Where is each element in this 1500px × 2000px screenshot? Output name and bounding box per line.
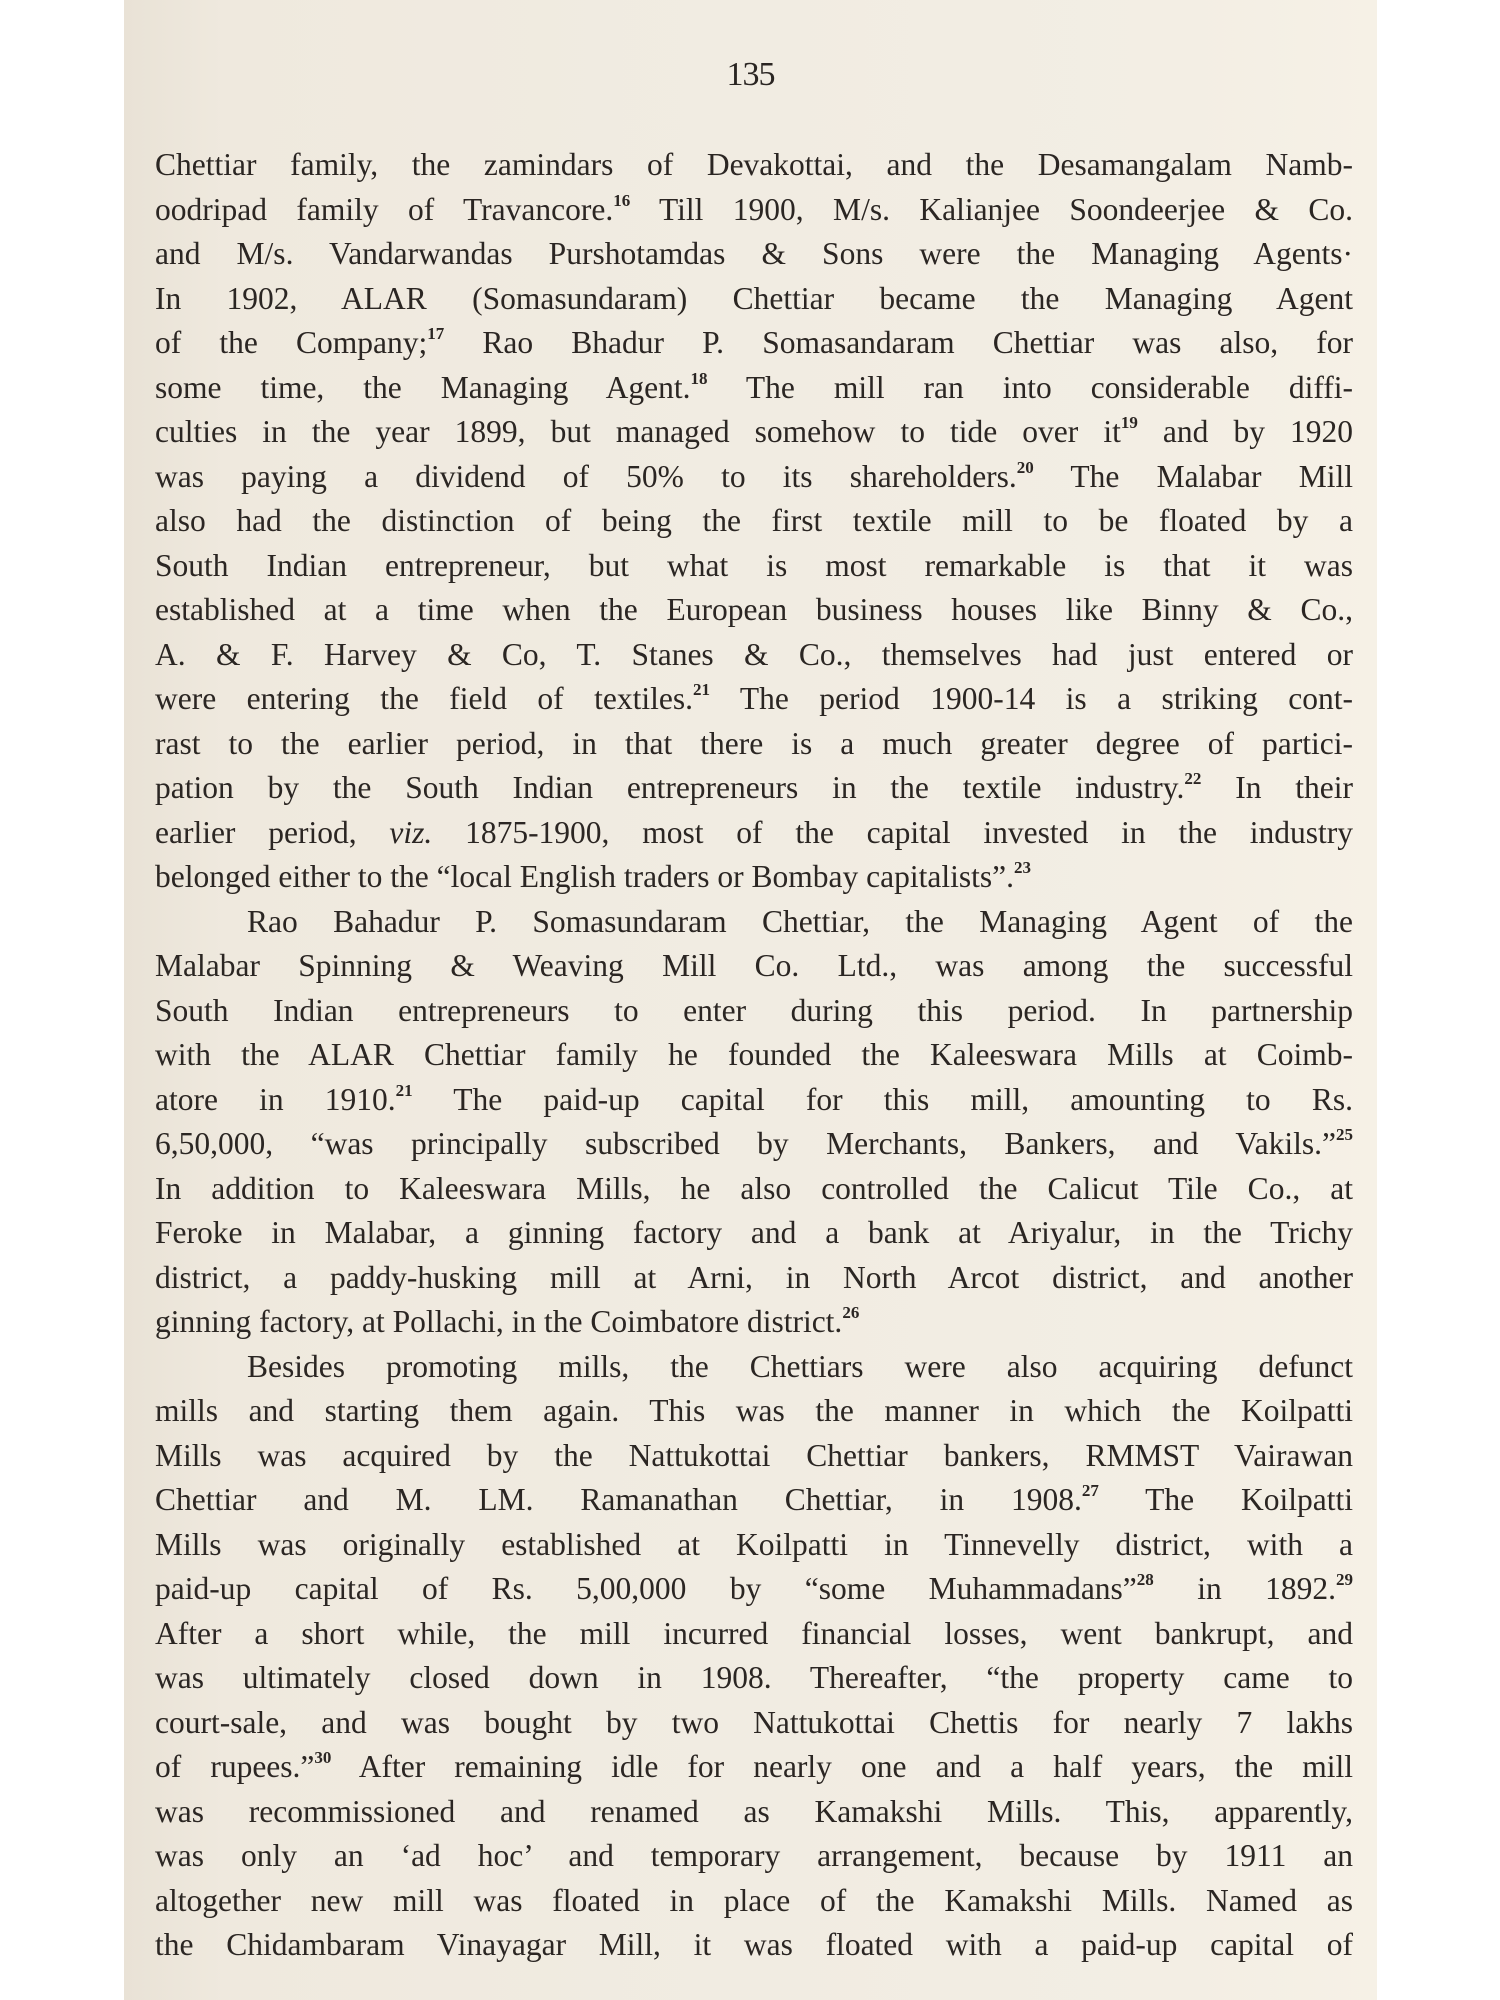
line-text: 1875-1900, most of the capital invested … [432,815,1353,850]
line-text: were entering the field of textiles. [155,681,693,716]
line-text: 6,50,000, “was principally subscribed by… [155,1126,1336,1161]
text-line: with the ALAR Chettiar family he founded… [155,1033,1353,1078]
text-line: of rupees.”30 After remaining idle for n… [155,1745,1353,1790]
line-text: Rao Bahadur P. Somasundaram Chettiar, th… [247,904,1353,939]
line-text: In addition to Kaleeswara Mills, he also… [155,1171,1353,1206]
text-line: and M/s. Vandarwandas Purshotamdas & Son… [155,232,1353,277]
text-line: Chettiar family, the zamindars of Devako… [155,143,1353,188]
line-text: pation by the South Indian entrepreneurs… [155,770,1184,805]
line-text: was recommissioned and renamed as Kamaks… [155,1794,1353,1829]
line-text: altogether new mill was floated in place… [155,1883,1353,1918]
line-text: The mill ran into considerable diffi- [708,370,1353,405]
line-text: Besides promoting mills, the Chettiars w… [247,1349,1353,1384]
text-line: In 1902, ALAR (Somasundaram) Chettiar be… [155,277,1353,322]
line-text: belonged either to the “local English tr… [155,859,1014,894]
line-text: court-sale, and was bought by two Nattuk… [155,1705,1353,1740]
line-text: of the Company; [155,325,427,360]
footnote-ref: 20 [1017,458,1034,477]
text-line: pation by the South Indian entrepreneurs… [155,766,1353,811]
text-line: In addition to Kaleeswara Mills, he also… [155,1167,1353,1212]
footnote-ref: 25 [1336,1125,1353,1144]
line-text: with the ALAR Chettiar family he founded… [155,1037,1353,1072]
footnote-ref: 28 [1137,1570,1154,1589]
line-text: Malabar Spinning & Weaving Mill Co. Ltd.… [155,948,1353,983]
line-text: and by 1920 [1138,414,1353,449]
text-line: South Indian entrepreneur, but what is m… [155,544,1353,589]
text-line: court-sale, and was bought by two Nattuk… [155,1701,1353,1746]
line-text: atore in 1910. [155,1082,396,1117]
text-line: Mills was acquired by the Nattukottai Ch… [155,1434,1353,1479]
text-line: district, a paddy-husking mill at Arni, … [155,1256,1353,1301]
text-line: rast to the earlier period, in that ther… [155,722,1353,767]
text-line: earlier period, viz. 1875-1900, most of … [155,811,1353,856]
footnote-ref: 30 [314,1748,331,1767]
book-page: 135 Chettiar family, the zamindars of De… [124,0,1377,2000]
footnote-ref: 27 [1082,1481,1099,1500]
text-line: also had the distinction of being the fi… [155,499,1353,544]
footnote-ref: 26 [842,1303,859,1322]
footnote-ref: 29 [1336,1570,1353,1589]
line-text: Chettiar family, the zamindars of Devako… [155,147,1353,182]
line-text: of rupees.” [155,1749,314,1784]
line-text: In their [1201,770,1353,805]
text-line: South Indian entrepreneurs to enter duri… [155,989,1353,1034]
line-text: was only an ‘ad hoc’ and temporary arran… [155,1838,1353,1873]
line-text: Mills was originally established at Koil… [155,1527,1353,1562]
text-line: the Chidambaram Vinayagar Mill, it was f… [155,1923,1353,1968]
text-line: oodripad family of Travancore.16 Till 19… [155,188,1353,233]
text-line: was paying a dividend of 50% to its shar… [155,455,1353,500]
text-line: was recommissioned and renamed as Kamaks… [155,1790,1353,1835]
line-text: In 1902, ALAR (Somasundaram) Chettiar be… [155,281,1353,316]
text-line: Mills was originally established at Koil… [155,1523,1353,1568]
text-line: Malabar Spinning & Weaving Mill Co. Ltd.… [155,944,1353,989]
text-line: of the Company;17 Rao Bhadur P. Somasand… [155,321,1353,366]
line-text: Feroke in Malabar, a ginning factory and… [155,1215,1353,1250]
line-text: rast to the earlier period, in that ther… [155,726,1353,761]
text-line: altogether new mill was floated in place… [155,1879,1353,1924]
line-text: oodripad family of Travancore. [155,192,613,227]
text-line: ginning factory, at Pollachi, in the Coi… [155,1300,1353,1345]
line-text: After remaining idle for nearly one and … [331,1749,1353,1784]
text-line: Feroke in Malabar, a ginning factory and… [155,1211,1353,1256]
line-text: culties in the year 1899, but managed so… [155,414,1121,449]
line-text: The period 1900-14 is a striking cont- [710,681,1353,716]
text-line: Chettiar and M. LM. Ramanathan Chettiar,… [155,1478,1353,1523]
footnote-ref: 18 [691,369,708,388]
line-text: and M/s. Vandarwandas Purshotamdas & Son… [155,236,1353,271]
italic-text: viz. [389,815,432,850]
text-line: belonged either to the “local English tr… [155,855,1353,900]
line-text: earlier period, [155,815,389,850]
text-line: paid-up capital of Rs. 5,00,000 by “some… [155,1567,1353,1612]
line-text: South Indian entrepreneurs to enter duri… [155,993,1353,1028]
line-text: also had the distinction of being the fi… [155,503,1353,538]
line-text: district, a paddy-husking mill at Arni, … [155,1260,1353,1295]
line-text: South Indian entrepreneur, but what is m… [155,548,1353,583]
footnote-ref: 17 [427,324,444,343]
footnote-ref: 21 [693,680,710,699]
line-text: some time, the Managing Agent. [155,370,691,405]
text-line: some time, the Managing Agent.18 The mil… [155,366,1353,411]
footnote-ref: 19 [1121,413,1138,432]
text-line: was ultimately closed down in 1908. Ther… [155,1656,1353,1701]
footnote-ref: 16 [613,191,630,210]
text-line: After a short while, the mill incurred f… [155,1612,1353,1657]
text-line: established at a time when the European … [155,588,1353,633]
line-text: paid-up capital of Rs. 5,00,000 by “some… [155,1571,1137,1606]
line-text: was paying a dividend of 50% to its shar… [155,459,1017,494]
body-text: Chettiar family, the zamindars of Devako… [155,143,1353,1968]
footnote-ref: 23 [1014,858,1031,877]
line-text: The Koilpatti [1099,1482,1353,1517]
footnote-ref: 21 [396,1081,413,1100]
line-text: Rao Bhadur P. Somasandaram Chettiar was … [444,325,1353,360]
footnote-ref: 22 [1184,769,1201,788]
text-line: atore in 1910.21 The paid-up capital for… [155,1078,1353,1123]
line-text: The paid-up capital for this mill, amoun… [413,1082,1353,1117]
text-line: were entering the field of textiles.21 T… [155,677,1353,722]
line-text: the Chidambaram Vinayagar Mill, it was f… [155,1927,1353,1962]
text-line: 6,50,000, “was principally subscribed by… [155,1122,1353,1167]
text-line: mills and starting them again. This was … [155,1389,1353,1434]
line-text: Till 1900, M/s. Kalianjee Soondeerjee & … [630,192,1353,227]
text-line: Besides promoting mills, the Chettiars w… [155,1345,1353,1390]
text-line: Rao Bahadur P. Somasundaram Chettiar, th… [155,900,1353,945]
text-line: was only an ‘ad hoc’ and temporary arran… [155,1834,1353,1879]
line-text: mills and starting them again. This was … [155,1393,1353,1428]
text-line: A. & F. Harvey & Co, T. Stanes & Co., th… [155,633,1353,678]
line-text: established at a time when the European … [155,592,1353,627]
text-line: culties in the year 1899, but managed so… [155,410,1353,455]
line-text: was ultimately closed down in 1908. Ther… [155,1660,1353,1695]
line-text: The Malabar Mill [1034,459,1353,494]
line-text: Chettiar and M. LM. Ramanathan Chettiar,… [155,1482,1082,1517]
line-text: ginning factory, at Pollachi, in the Coi… [155,1304,842,1339]
page-number: 135 [124,56,1377,94]
line-text: in 1892. [1154,1571,1336,1606]
line-text: A. & F. Harvey & Co, T. Stanes & Co., th… [155,637,1353,672]
line-text: After a short while, the mill incurred f… [155,1616,1353,1651]
line-text: Mills was acquired by the Nattukottai Ch… [155,1438,1353,1473]
